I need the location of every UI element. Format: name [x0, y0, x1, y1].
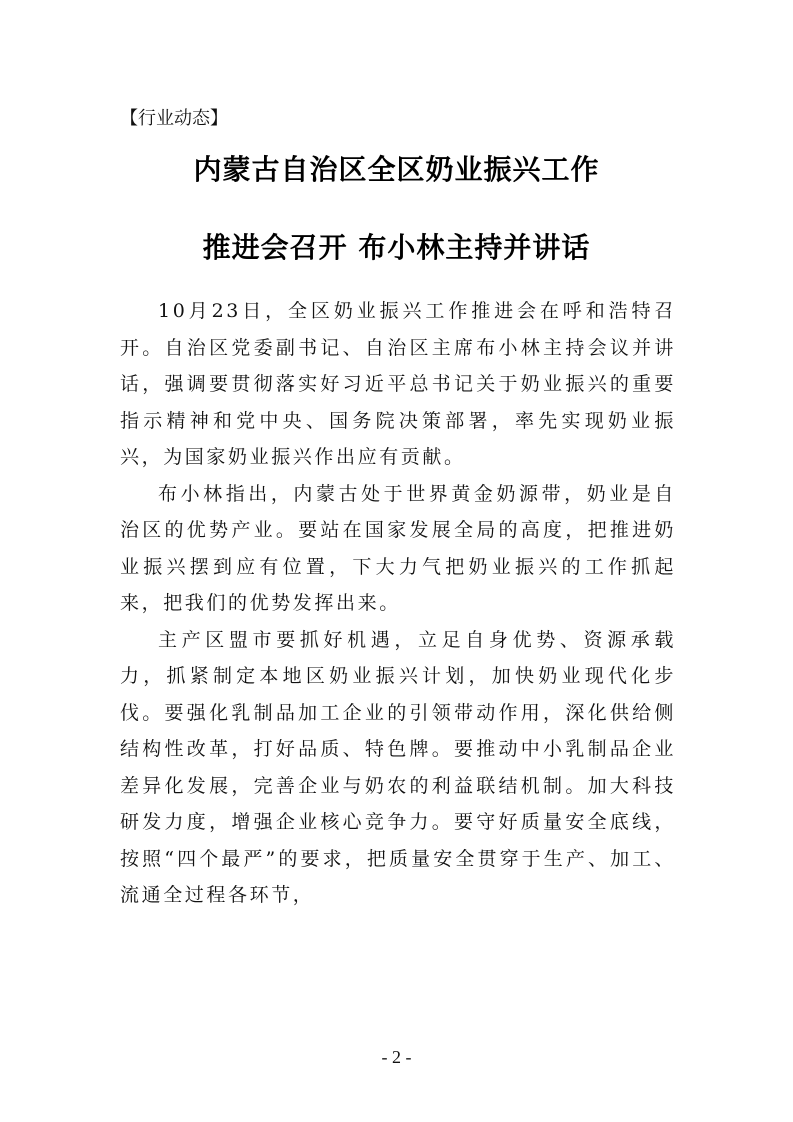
paragraph: 主产区盟市要抓好机遇，立足自身优势、资源承载力，抓紧制定本地区奶业振兴计划，加快…	[120, 622, 676, 914]
paragraph: 布小林指出，内蒙古处于世界黄金奶源带，奶业是自治区的优势产业。要站在国家发展全局…	[120, 476, 676, 622]
article-title-line-1: 内蒙古自治区全区奶业振兴工作	[0, 148, 793, 188]
document-page: 【行业动态】 内蒙古自治区全区奶业振兴工作 推进会召开 布小林主持并讲话 10月…	[0, 0, 793, 1122]
article-title-line-2: 推进会召开 布小林主持并讲话	[0, 226, 793, 266]
section-tag: 【行业动态】	[120, 104, 228, 130]
page-number: - 2 -	[0, 1047, 793, 1068]
paragraph: 10月23日，全区奶业振兴工作推进会在呼和浩特召开。自治区党委副书记、自治区主席…	[120, 293, 676, 476]
article-body: 10月23日，全区奶业振兴工作推进会在呼和浩特召开。自治区党委副书记、自治区主席…	[120, 293, 676, 914]
